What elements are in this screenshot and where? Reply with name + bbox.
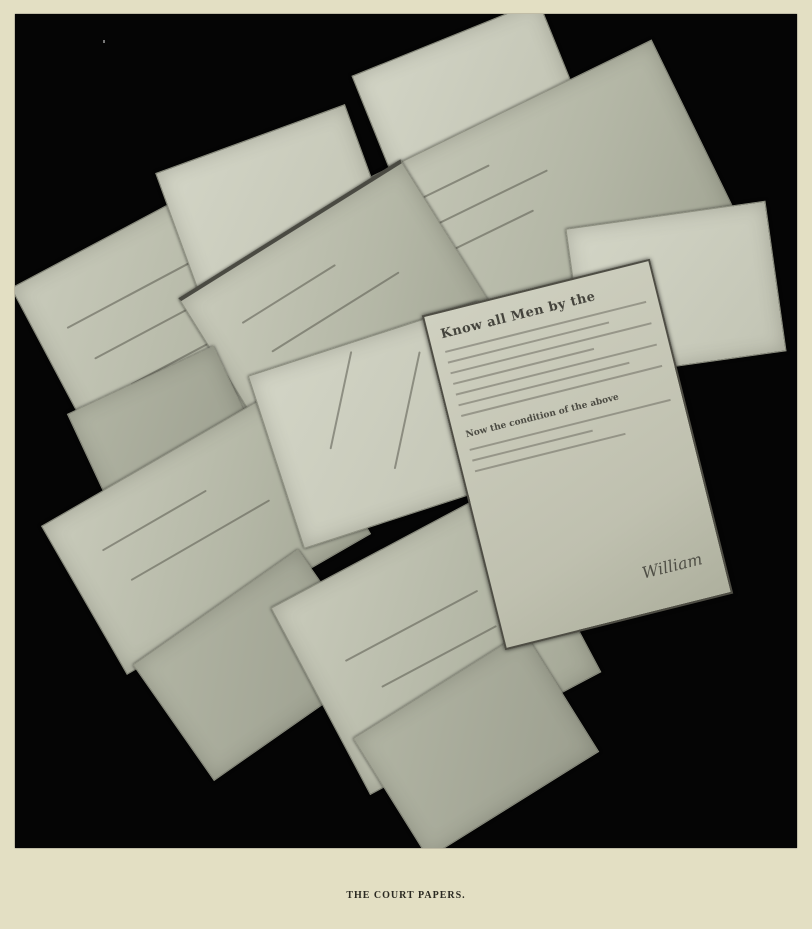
photo-plate: Know all Men by the Now the condition of… [15, 14, 797, 848]
dust-speck [103, 40, 105, 43]
figure-caption: THE COURT PAPERS. [0, 890, 812, 901]
document-signature: William [640, 549, 704, 582]
